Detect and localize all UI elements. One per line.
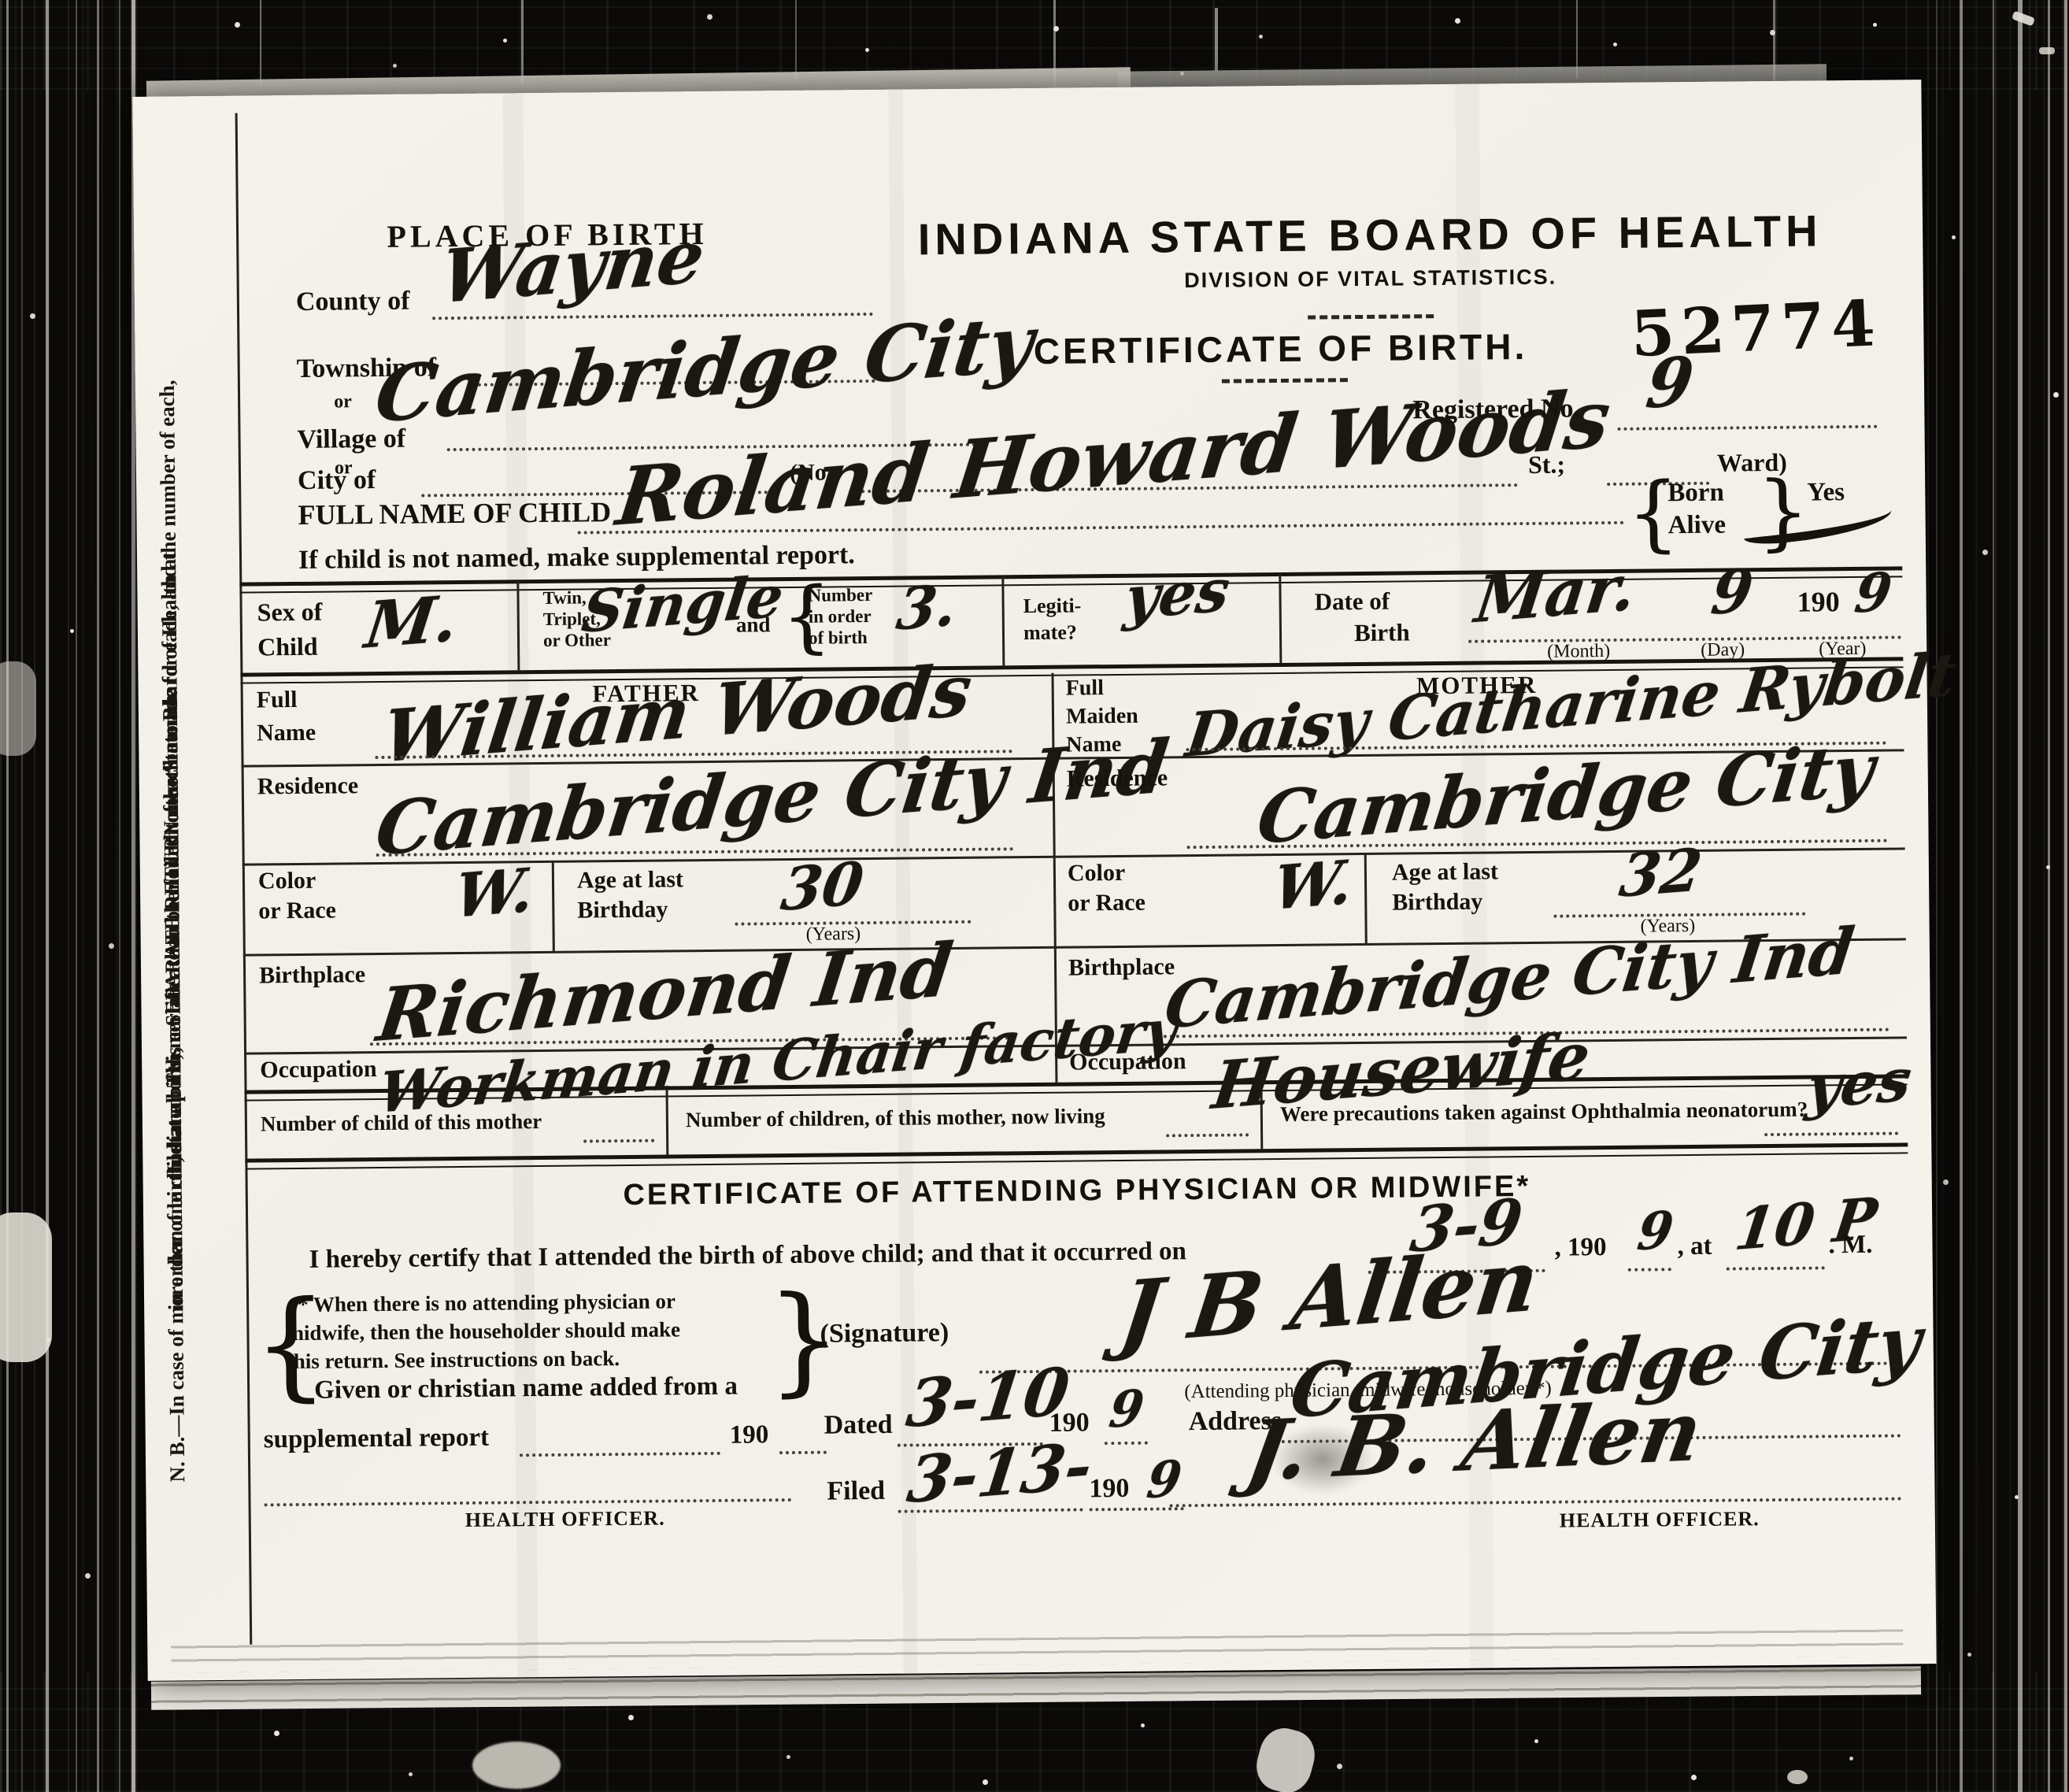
meridiem-label: . M. [1828,1231,1872,1259]
scratch [1960,0,1963,1792]
born-alive-value: Yes [1807,479,1845,506]
decorative-dash [1222,378,1348,383]
certificate-page: N. B.—In case of more than one child at … [132,80,1936,1681]
supplemental-report-label: supplemental report [264,1424,490,1453]
filed-value-handwritten: 3-13- [904,1434,1095,1512]
year-printed: 190 [1797,587,1839,617]
filed-year-printed: 190 [1089,1475,1129,1503]
living-children-line [1166,1133,1249,1137]
scratch [1215,8,1218,71]
scratch [97,0,99,1792]
father-age-label: Birthday [577,897,668,923]
mother-name-label: Name [1066,733,1121,757]
father-age-label: Age at last [577,867,683,893]
scratch [2048,0,2050,1792]
officer-signature-line [1170,1497,1902,1507]
physician-note-line: * When there is no attending physician o… [298,1290,675,1316]
birth-day-handwritten: 9 [1708,561,1756,624]
mother-age-handwritten: 32 [1616,841,1704,906]
certify-year-line [1628,1268,1671,1272]
mother-name-label: Full [1066,676,1105,700]
cell-divider [1279,574,1282,663]
filed-year-digit-handwritten: 9 [1144,1453,1184,1505]
sex-label: Child [257,634,318,661]
cell-divider [1364,853,1368,943]
scratch [2064,0,2067,1792]
father-occupation-label: Occupation [260,1057,377,1083]
month-caption: (Month) [1547,642,1610,662]
certify-year-digit-handwritten: 9 [1634,1205,1676,1258]
mother-color-label: Color [1068,861,1126,886]
dated-value-handwritten: 3-10 [903,1359,1072,1437]
scan-artifact [2039,47,2055,54]
certificate-title: CERTIFICATE OF BIRTH. [997,328,1564,371]
scratch [76,0,77,1792]
filed-line [898,1508,1083,1512]
city-label: City of [298,466,376,495]
scratch [46,0,49,1792]
precautions-line [1764,1131,1898,1136]
order-label: Number [808,586,872,605]
father-name-label: Name [257,720,316,746]
supplemental-line [520,1452,720,1457]
birth-year-digit-handwritten: 9 [1852,565,1895,620]
scratch [1936,0,1938,1792]
registered-no-handwritten: 9 [1642,347,1697,418]
father-color-handwritten: W. [451,860,538,927]
health-officer-label-left: HEALTH OFFICER. [465,1508,665,1531]
father-residence-label: Residence [257,773,359,799]
supplemental-year-line [779,1451,827,1455]
table-rule [245,1142,1908,1169]
decorative-dash [1308,314,1434,320]
supplemental-year-printed: 190 [730,1421,769,1449]
or-label: or [334,392,352,412]
father-name-label: Full [257,687,298,713]
scratch [119,0,120,1792]
registered-no-line [1618,425,1878,431]
mother-color-handwritten: W. [1270,852,1357,919]
margin-note: N. B.—In case of more than one child at … [150,191,258,1672]
certify-text: I hereby certify that I attended the bir… [309,1238,1186,1273]
cell-divider [1001,576,1005,665]
county-label: County of [296,287,410,317]
village-value-handwritten: Cambridge City [372,305,1038,434]
child-number-line [583,1139,654,1143]
born-label: Born [1667,479,1724,507]
scanned-document: N. B.—In case of more than one child at … [0,0,2069,1792]
legitimate-value-handwritten: yes [1122,561,1233,628]
health-officer-label-right: HEALTH OFFICER. [1560,1508,1760,1531]
scratch [2018,0,2023,1792]
mother-residence-label: Residence [1067,765,1168,791]
physician-note-line: this return. See instructions on back. [287,1347,620,1372]
scan-artifact [0,1213,52,1362]
signature-label: (Signature) [820,1319,949,1348]
scratch [260,0,261,87]
father-birthplace-label: Birthplace [259,962,365,988]
margin-note-line: Indianapolis, not later than the fourth … [150,191,195,1671]
sex-value-handwritten: M. [362,586,462,657]
scan-artifact [0,661,36,756]
dated-year-digit-handwritten: 9 [1106,1383,1146,1435]
dated-label: Dated [824,1411,892,1440]
legitimate-label: mate? [1023,621,1077,643]
mother-birthplace-label: Birthplace [1068,954,1175,980]
full-name-of-child-label: FULL NAME OF CHILD [298,498,611,531]
division-subtitle: DIVISION OF VITAL STATISTICS. [843,262,1898,294]
legitimate-label: Legiti- [1023,594,1082,616]
physician-note-line: midwife, then the householder should mak… [286,1318,680,1344]
scratch [795,0,797,83]
date-of-birth-label: Date of [1314,589,1390,615]
registered-no-label: Registered No. [1412,394,1580,424]
county-value-handwritten: Wayne [437,220,709,314]
filed-label: Filed [827,1477,885,1505]
speckles [0,0,2,2]
scratch [1993,0,1994,1792]
scratch [6,0,9,1792]
scan-artifact [472,1742,561,1789]
father-age-handwritten: 30 [778,854,866,920]
page-bottom-lines [171,1624,1903,1672]
order-label: in order [809,607,872,627]
given-name-text: Given or christian name added from a [314,1373,738,1405]
scan-artifact [1787,1770,1808,1784]
at-label: , at [1677,1233,1712,1261]
precautions-value-handwritten: yes [1804,1050,1915,1117]
mother-birthplace-handwritten: Cambridge City Ind [1161,919,1857,1038]
mother-age-label: Birthday [1392,890,1482,916]
sex-label: Sex of [257,599,323,626]
dated-year-line [1105,1442,1148,1446]
scratch [521,0,524,85]
living-children-label: Number of children, of this mother, now … [686,1105,1105,1131]
cell-divider [552,861,555,951]
mother-name-label: Maiden [1066,705,1138,728]
alive-label: Alive [1668,512,1727,539]
twin-label: Twin, [542,588,586,608]
order-value-handwritten: 3. [894,576,960,639]
birth-month-handwritten: Mar. [1472,555,1640,631]
mother-age-label: Age at last [1392,859,1498,885]
order-label: of birth [809,628,868,648]
date-of-birth-label: Birth [1354,620,1410,646]
certify-year-printed: , 190 [1554,1234,1606,1261]
health-officer-signature-handwritten: J. B. Allen [1241,1390,1707,1492]
and-label: and [736,613,771,636]
father-color-label: Color [258,868,316,894]
scratch [21,0,23,1792]
filed-year-line [1090,1507,1184,1511]
father-color-label: or Race [258,898,336,924]
mother-color-label: or Race [1068,890,1146,916]
board-title: INDIANA STATE BOARD OF HEALTH [842,207,1898,264]
time-line [1727,1266,1825,1270]
